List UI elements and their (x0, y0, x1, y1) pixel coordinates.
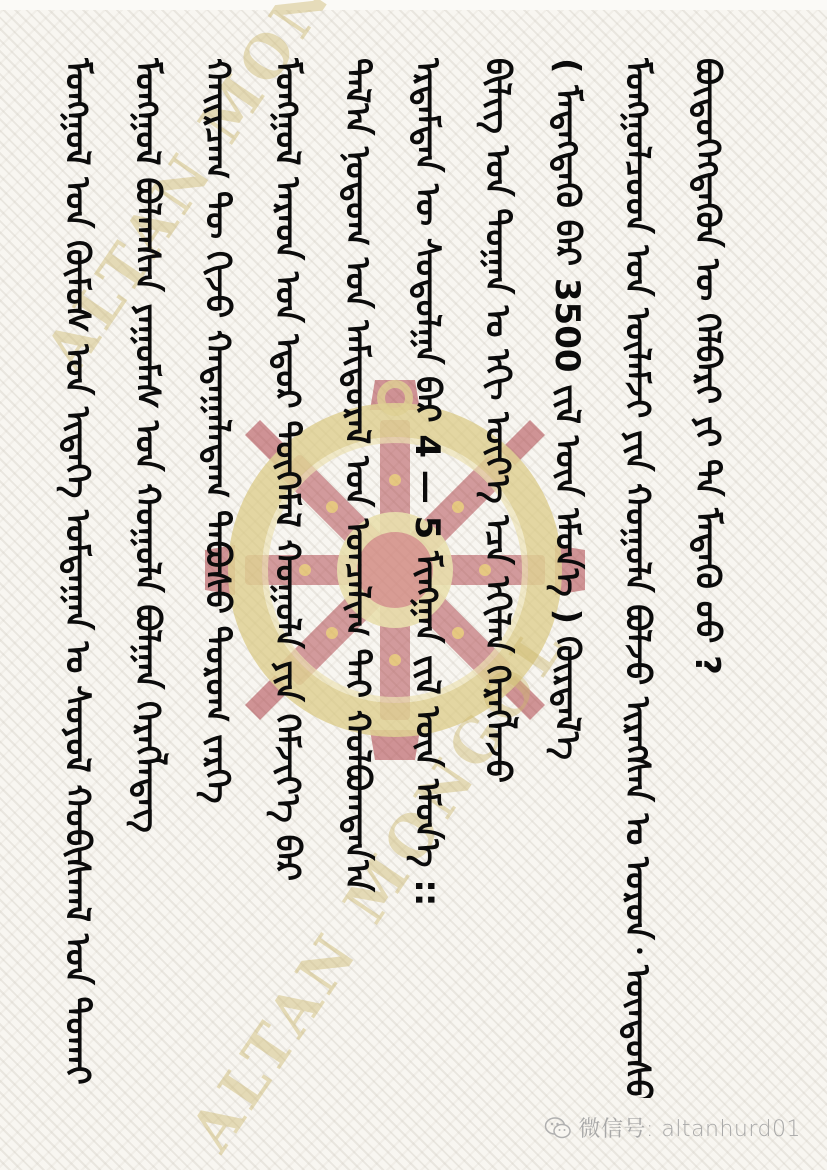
wechat-id-label: 微信号: altanhurd01 (578, 1112, 801, 1143)
text-column-5: ᠲᠠᠯ᠎ᠠ ᠨᠤᠲᠤᠭ ᠤᠨ ᠠᠮᠢᠳᠤᠷᠠᠯ ᠤᠨ ᠣᠨᠴᠠᠯᠢᠭ ᠲᠠᠢ ᠬ… (322, 58, 392, 1098)
text-column-3: ᠬᠠᠢᠷᠴᠠᠭ ᠲᠦ ᠬᠢᠵᠦ ᠬᠠᠳᠠᠭᠠᠯᠠᠳᠠᠭ ᠳᠠᠪᠤᠰᠤ ᠳᠤᠷᠤᠭ… (182, 58, 252, 1098)
wechat-account-footer: 微信号: altanhurd01 (544, 1112, 801, 1143)
top-margin (0, 0, 827, 10)
text-column-6: ᠡᠷᠳᠡᠮᠳᠡᠨ ᠦ ᠰᠤᠳᠤᠯᠭᠠ ᠪᠡᠷ 4 — 5 ᠮᠢᠩᠭᠠᠨ ᠵᠢᠯ … (392, 58, 462, 1098)
wechat-icon (544, 1116, 572, 1140)
text-column-9: ᠮᠣᠩᠭᠣᠯᠴᠤᠳ ᠤᠨ ᠦᠯᠡᠮᠵᠢ ᠶᠢᠨ ᠬᠣᠭᠣᠯᠠ ᠪᠣᠯᠵᠤ ᠢᠷᠡ… (602, 58, 672, 1098)
mongolian-text-block: ᠮᠣᠩᠭᠣᠯ ᠤᠨ ᠬᠦᠮᠦᠰ ᠤᠨ ᠢᠳᠡᠭᠡ ᠤᠮᠳᠠᠭᠠᠨ ᠤ ᠰᠣᠶᠣᠯ… (42, 58, 742, 1098)
text-column-4: ᠮᠣᠩᠭᠣᠯ ᠠᠷᠠᠳ ᠤᠨ ᠡᠳᠦᠷ ᠲᠦᠭᠡᠮᠡᠯ ᠬᠣᠭᠣᠯᠠ ᠶᠢᠨ ᠬ… (252, 58, 322, 1098)
text-column-2: ᠮᠣᠩᠭᠣᠯ ᠪᠣᠯᠠᠭᠰᠠᠨ ᠶᠠᠭᠤᠮᠠᠰ ᠤᠨ ᠬᠣᠭᠣᠯᠠ ᠪᠣᠯᠭᠠᠨ… (112, 58, 182, 1098)
text-column-10: ᠪᠦᠲᠦᠭᠡᠭᠳᠡᠬᠦᠨ ᠦ ᠬᠡᠯᠪᠡᠷᠢ ᠶᠢ ᠲᠠ ᠮᠡᠳᠡᠬᠦ ᠦᠦ ? (672, 58, 742, 1098)
text-column-1: ᠮᠣᠩᠭᠣᠯ ᠤᠨ ᠬᠦᠮᠦᠰ ᠤᠨ ᠢᠳᠡᠭᠡ ᠤᠮᠳᠠᠭᠠᠨ ᠤ ᠰᠣᠶᠣᠯ… (42, 58, 112, 1098)
text-column-8: ( ᠮᠡᠳᠡᠭᠳᠡᠬᠦ ᠪᠠᠷ 3500 ᠵᠢᠯ ᠦᠨ ᠡᠮᠦᠨ᠎ᠡ ) ᠬᠦᠷ… (532, 58, 602, 1098)
text-column-7: ᠪᠢᠯᠢᠭ ᠤᠨ ᠲᠣᠭᠠᠨ ᠤ ᠡᠬᠢ ᠦᠶ᠎ᠡ ᠡᠴᠡ ᠡᠬᠢᠯᠡᠨ ᠬᠡᠷ… (462, 58, 532, 1098)
